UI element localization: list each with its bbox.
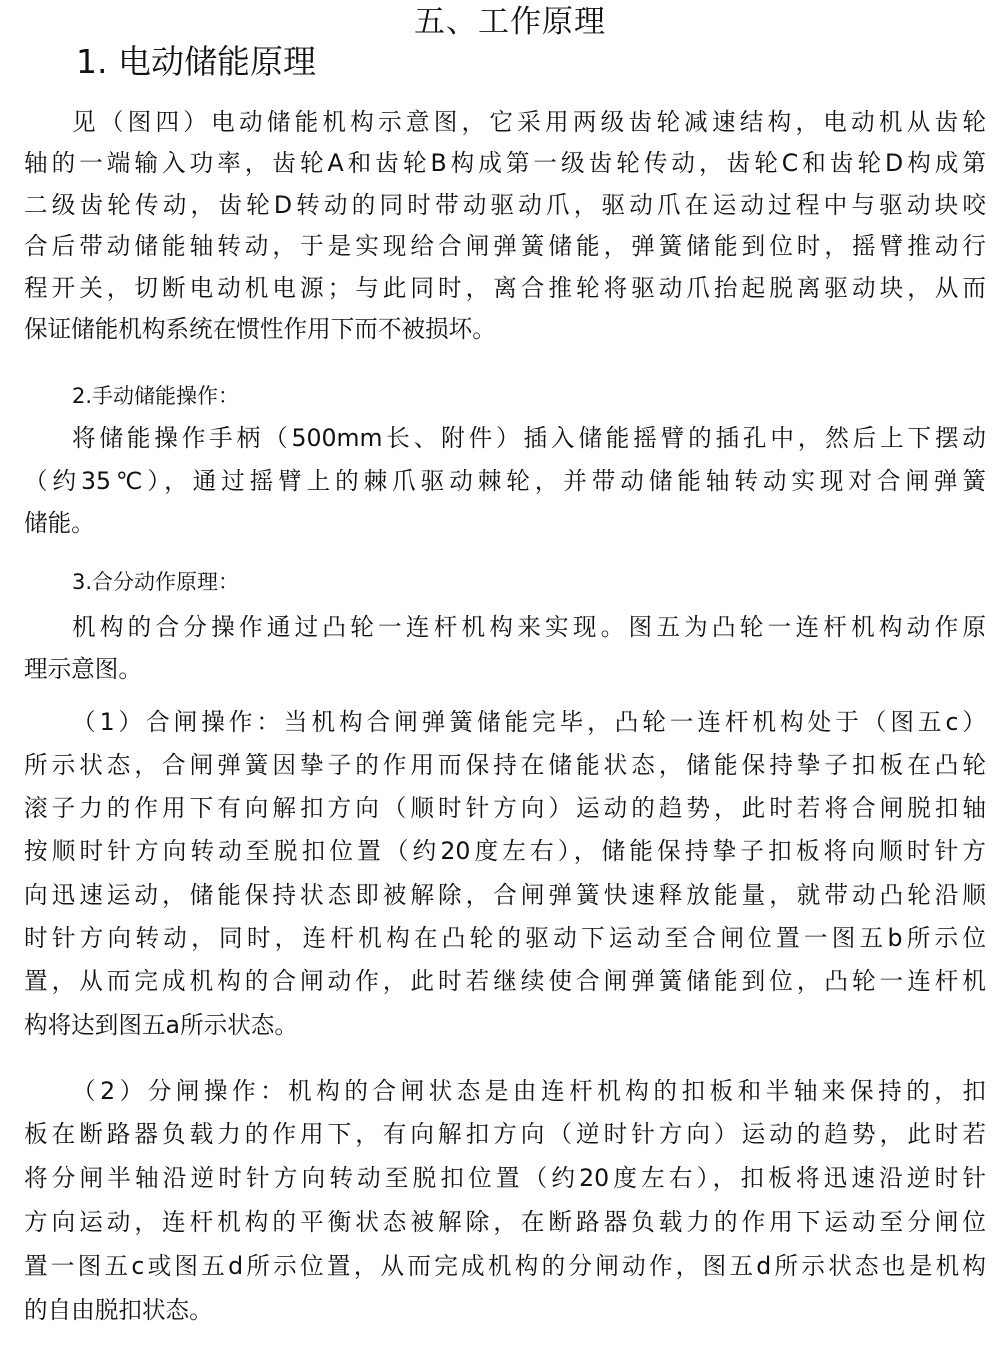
opening-operation-line: （2）分闸操作：机构的合闸状态是由连杆机构的扣板和半轴来保持的，扣 — [72, 1074, 986, 1108]
page-title: 五、工作原理 — [0, 2, 1000, 42]
closing-operation-line: 向迅速运动，储能保持状态即被解除，合闸弹簧快速释放能量，就带动凸轮沿顺 — [24, 878, 986, 912]
section2-line: 储能。 — [24, 506, 986, 540]
section1-line: 轴的一端输入功率，齿轮A和齿轮B构成第一级齿轮传动，齿轮C和齿轮D构成第 — [24, 146, 986, 180]
opening-operation-line: 板在断路器负载力的作用下，有向解扣方向（逆时针方向）运动的趋势，此时若 — [24, 1117, 986, 1151]
section1-line: 程开关，切断电动机电源；与此同时，离合推轮将驱动爪抬起脱离驱动块，从而 — [24, 271, 986, 305]
section1-line: 见（图四）电动储能机构示意图，它采用两级齿轮减速结构，电动机从齿轮 — [72, 105, 986, 139]
section2-line: （约35℃），通过摇臂上的棘爪驱动棘轮，并带动储能轴转动实现对合闸弹簧 — [24, 464, 986, 498]
section1-line: 合后带动储能轴转动，于是实现给合闸弹簧储能，弹簧储能到位时，摇臂推动行 — [24, 229, 986, 263]
opening-operation-line: 置一图五c或图五d所示位置，从而完成机构的分闸动作，图五d所示状态也是机构 — [24, 1249, 986, 1283]
section2-heading: 2.手动储能操作： — [72, 379, 986, 413]
section3-intro-line: 机构的合分操作通过凸轮一连杆机构来实现。图五为凸轮一连杆机构动作原 — [72, 610, 986, 644]
section3-intro-line: 理示意图。 — [24, 652, 986, 686]
document-page: 五、工作原理 1. 电动储能原理 见（图四）电动储能机构示意图，它采用两级齿轮减… — [0, 0, 1000, 1346]
section3-heading: 3.合分动作原理： — [72, 565, 986, 599]
closing-operation-line: 所示状态，合闸弹簧因挚子的作用而保持在储能状态，储能保持挚子扣板在凸轮 — [24, 748, 986, 782]
section1-line: 保证储能机构系统在惯性作用下而不被损坏。 — [24, 312, 986, 346]
opening-operation-line: 将分闸半轴沿逆时针方向转动至脱扣位置（约20度左右），扣板将迅速沿逆时针 — [24, 1161, 986, 1195]
closing-operation-line: 时针方向转动，同时，连杆机构在凸轮的驱动下运动至合闸位置一图五b所示位 — [24, 921, 986, 955]
opening-operation-line: 方向运动，连杆机构的平衡状态被解除，在断路器负载力的作用下运动至分闸位 — [24, 1205, 986, 1239]
opening-operation-line: 的自由脱扣状态。 — [24, 1293, 986, 1327]
section1-heading: 1. 电动储能原理 — [76, 40, 316, 84]
section2-line: 将储能操作手柄（500mm长、附件）插入储能摇臂的插孔中，然后上下摆动 — [72, 421, 986, 455]
closing-operation-line: 置，从而完成机构的合闸动作，此时若继续使合闸弹簧储能到位，凸轮一连杆机 — [24, 964, 986, 998]
section1-line: 二级齿轮传动，齿轮D转动的同时带动驱动爪，驱动爪在运动过程中与驱动块咬 — [24, 188, 986, 222]
closing-operation-line: （1）合闸操作：当机构合闸弹簧储能完毕，凸轮一连杆机构处于（图五c） — [72, 705, 986, 739]
closing-operation-line: 按顺时针方向转动至脱扣位置（约20度左右），储能保持挚子扣板将向顺时针方 — [24, 834, 986, 868]
closing-operation-line: 构将达到图五a所示状态。 — [24, 1008, 986, 1042]
closing-operation-line: 滚子力的作用下有向解扣方向（顺时针方向）运动的趋势，此时若将合闸脱扣轴 — [24, 791, 986, 825]
